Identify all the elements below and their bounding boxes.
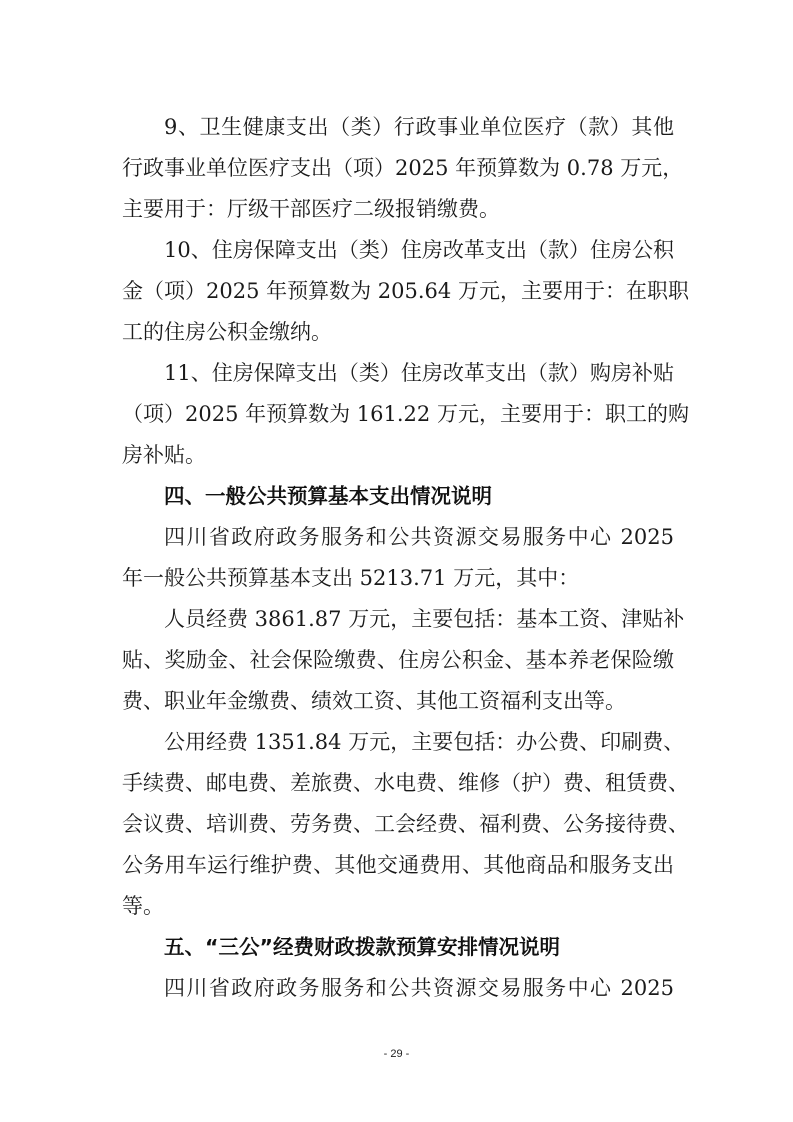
paragraph-line: 房补贴。 [122, 442, 674, 468]
paragraph-line: 四川省政府政务服务和公共资源交易服务中心 2025 [164, 524, 674, 550]
paragraph-line: 9、卫生健康支出（类）行政事业单位医疗（款）其他 [164, 114, 674, 140]
section-heading: 五、“三公”经费财政拨款预算安排情况说明 [164, 934, 674, 960]
paragraph-line: 公用经费 1351.84 万元，主要包括：办公费、印刷费、 [164, 729, 674, 755]
paragraph-line: 手续费、邮电费、差旅费、水电费、维修（护）费、租赁费、 [122, 770, 674, 796]
paragraph-line: 费、职业年金缴费、绩效工资、其他工资福利支出等。 [122, 688, 674, 714]
paragraph-line: 主要用于：厅级干部医疗二级报销缴费。 [122, 196, 674, 222]
paragraph-line: 等。 [122, 893, 674, 919]
paragraph-line: 四川省政府政务服务和公共资源交易服务中心 2025 [164, 975, 674, 1001]
paragraph-line: 人员经费 3861.87 万元，主要包括：基本工资、津贴补 [164, 606, 674, 632]
page-number: - 29 - [0, 1048, 793, 1060]
paragraph-line: （项）2025 年预算数为 161.22 万元，主要用于：职工的购 [122, 401, 674, 427]
paragraph-line: 公务用车运行维护费、其他交通费用、其他商品和服务支出 [122, 852, 674, 878]
paragraph-line: 金（项）2025 年预算数为 205.64 万元，主要用于：在职职 [122, 278, 674, 304]
paragraph-line: 10、住房保障支出（类）住房改革支出（款）住房公积 [164, 237, 674, 263]
section-heading: 四、一般公共预算基本支出情况说明 [164, 483, 674, 509]
paragraph-line: 11、住房保障支出（类）住房改革支出（款）购房补贴 [164, 360, 674, 386]
paragraph-line: 贴、奖励金、社会保险缴费、住房公积金、基本养老保险缴 [122, 647, 674, 673]
paragraph-line: 会议费、培训费、劳务费、工会经费、福利费、公务接待费、 [122, 811, 674, 837]
paragraph-line: 行政事业单位医疗支出（项）2025 年预算数为 0.78 万元， [122, 155, 674, 181]
document-page: 9、卫生健康支出（类）行政事业单位医疗（款）其他行政事业单位医疗支出（项）202… [0, 0, 793, 1122]
paragraph-line: 年一般公共预算基本支出 5213.71 万元，其中： [122, 565, 674, 591]
paragraph-line: 工的住房公积金缴纳。 [122, 319, 674, 345]
